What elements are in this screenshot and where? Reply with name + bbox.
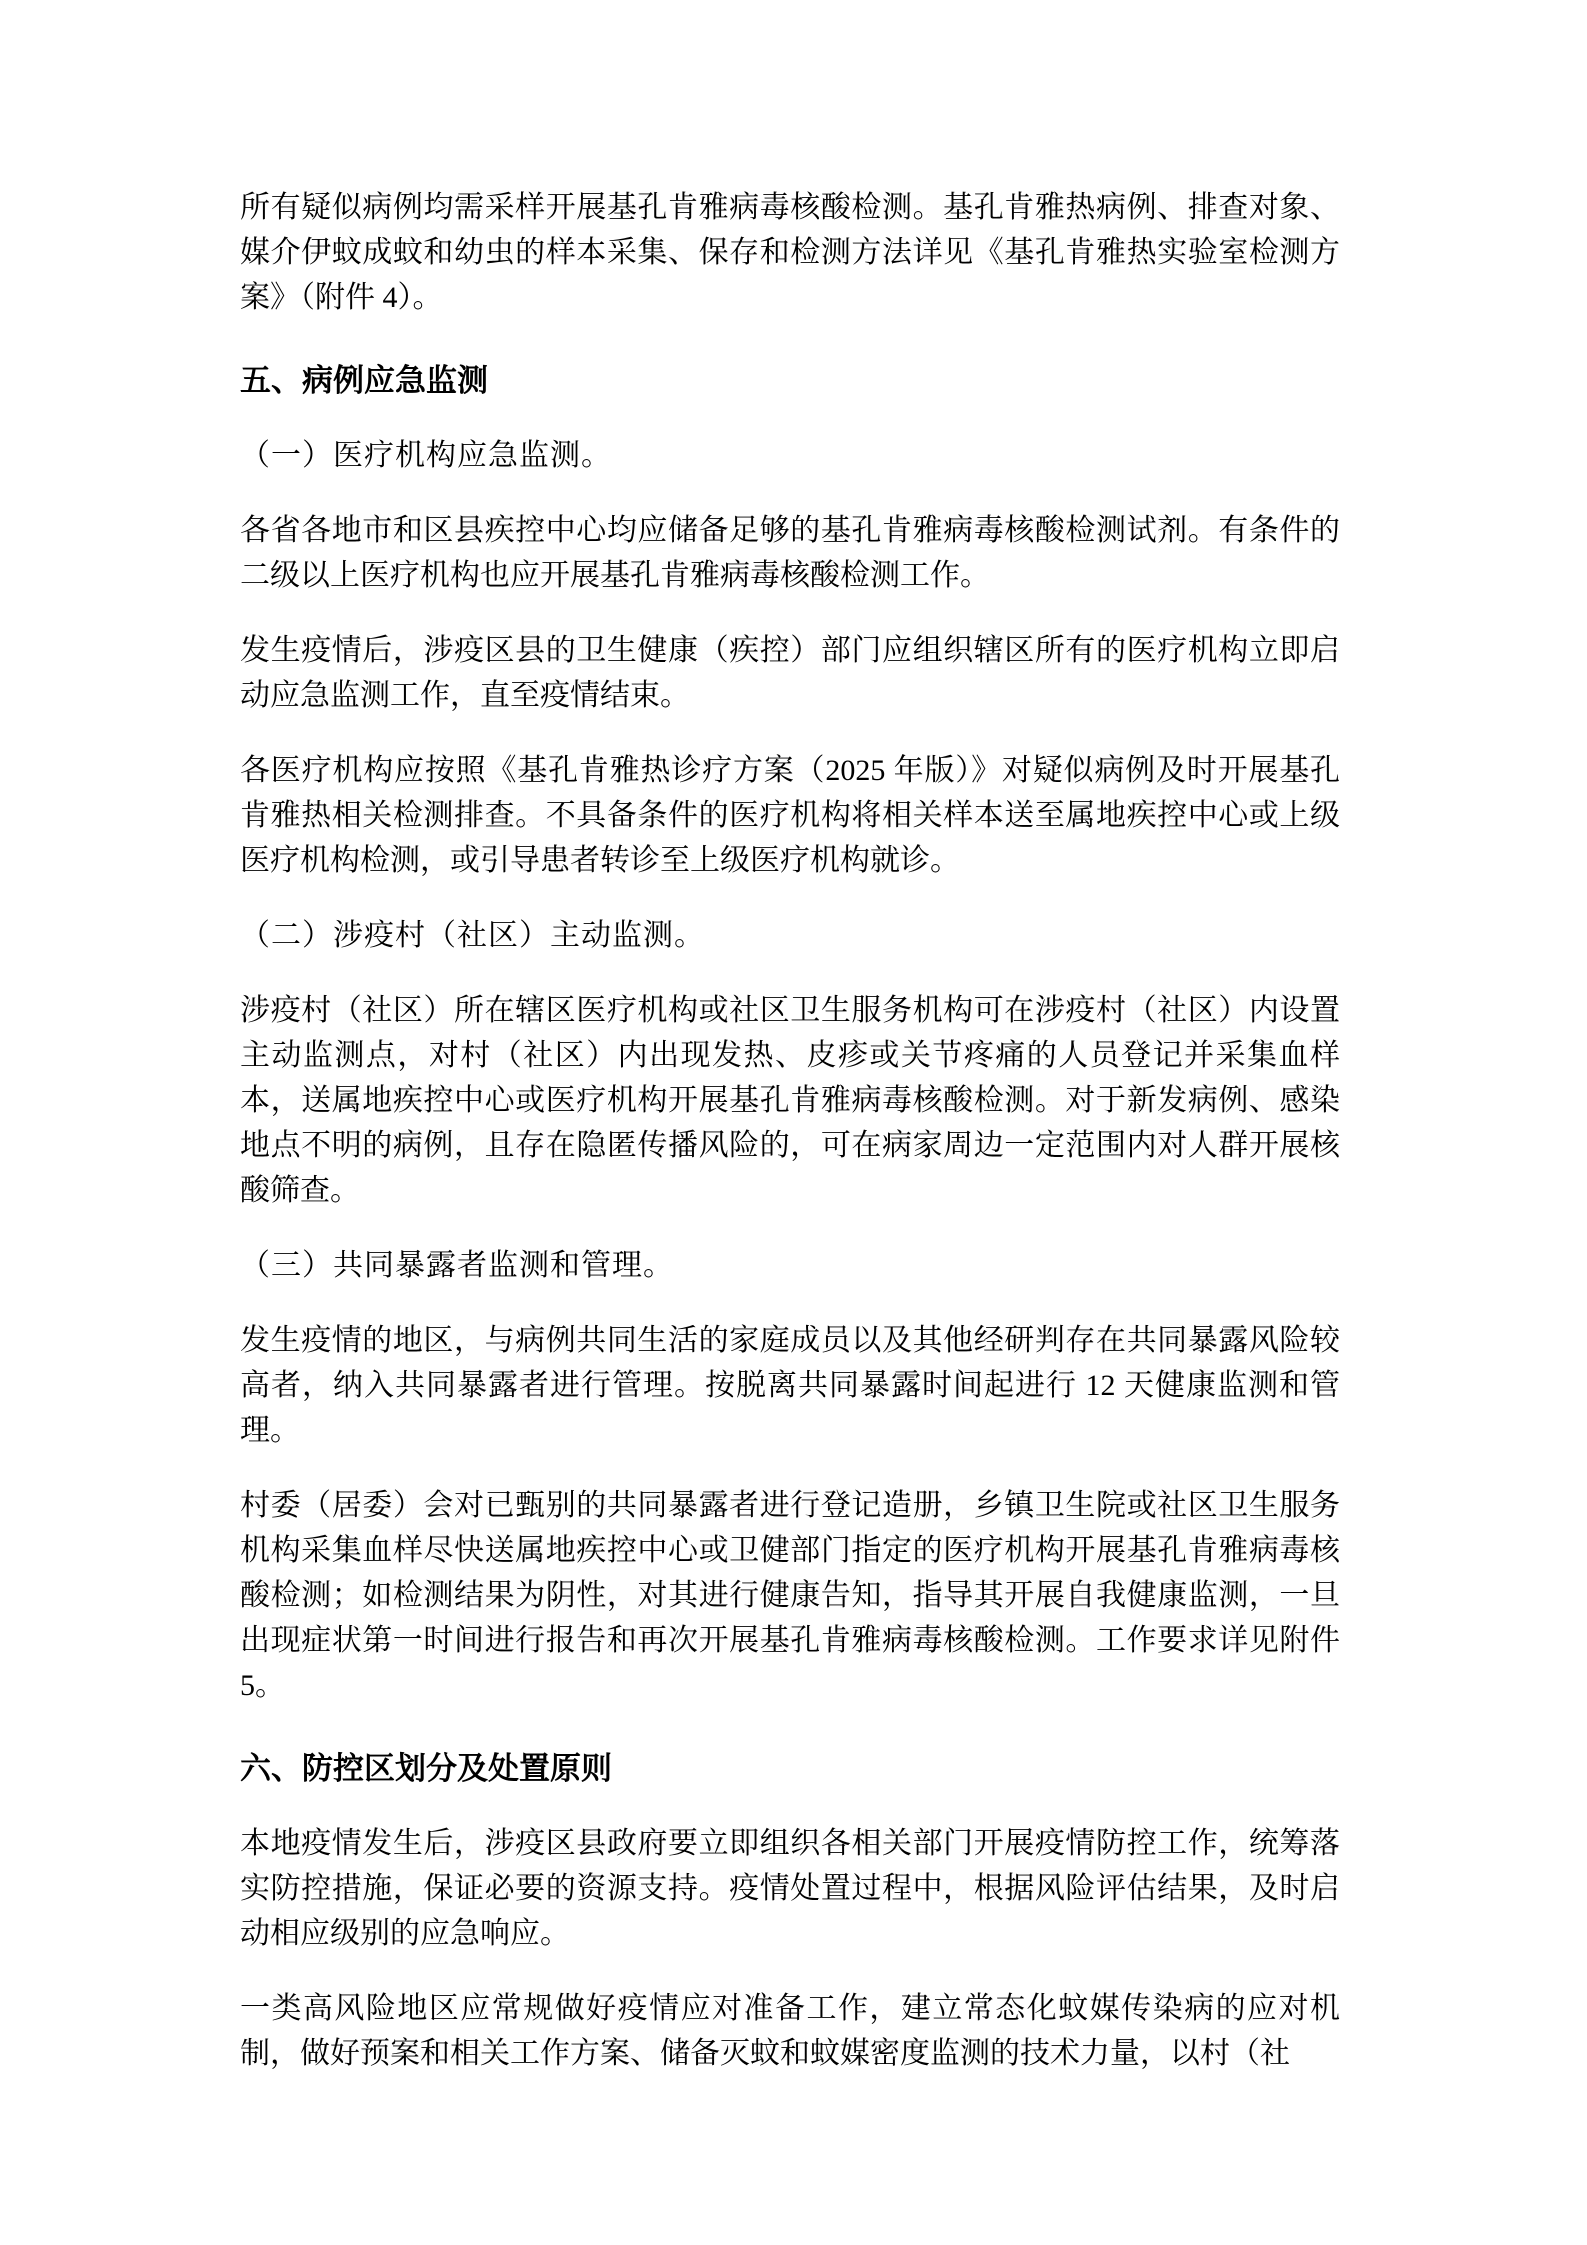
body-paragraph: 涉疫村（社区）所在辖区医疗机构或社区卫生服务机构可在涉疫村（社区）内设置主动监测… <box>240 988 1340 1213</box>
section-heading-5: 五、病例应急监测 <box>240 358 1340 403</box>
body-paragraph: 各省各地市和区县疾控中心均应储备足够的基孔肯雅病毒核酸检测试剂。有条件的二级以上… <box>240 508 1340 598</box>
subsection-heading-1: （一）医疗机构应急监测。 <box>240 433 1340 478</box>
body-paragraph: 一类高风险地区应常规做好疫情应对准备工作，建立常态化蚊媒传染病的应对机制，做好预… <box>240 1986 1340 2076</box>
body-paragraph: 发生疫情后，涉疫区县的卫生健康（疾控）部门应组织辖区所有的医疗机构立即启动应急监… <box>240 628 1340 718</box>
document-content: 所有疑似病例均需采样开展基孔肯雅病毒核酸检测。基孔肯雅热病例、排查对象、媒介伊蚊… <box>240 185 1340 2106</box>
subsection-heading-3: （三）共同暴露者监测和管理。 <box>240 1243 1340 1288</box>
body-paragraph: 本地疫情发生后，涉疫区县政府要立即组织各相关部门开展疫情防控工作，统筹落实防控措… <box>240 1821 1340 1956</box>
subsection-heading-2: （二）涉疫村（社区）主动监测。 <box>240 913 1340 958</box>
document-page: 所有疑似病例均需采样开展基孔肯雅病毒核酸检测。基孔肯雅热病例、排查对象、媒介伊蚊… <box>0 0 1587 2245</box>
section-heading-6: 六、防控区划分及处置原则 <box>240 1746 1340 1791</box>
body-paragraph: 村委（居委）会对已甄别的共同暴露者进行登记造册，乡镇卫生院或社区卫生服务机构采集… <box>240 1483 1340 1708</box>
body-paragraph: 各医疗机构应按照《基孔肯雅热诊疗方案（2025 年版）》对疑似病例及时开展基孔肯… <box>240 748 1340 883</box>
body-paragraph: 所有疑似病例均需采样开展基孔肯雅病毒核酸检测。基孔肯雅热病例、排查对象、媒介伊蚊… <box>240 185 1340 320</box>
body-paragraph: 发生疫情的地区，与病例共同生活的家庭成员以及其他经研判存在共同暴露风险较高者，纳… <box>240 1318 1340 1453</box>
